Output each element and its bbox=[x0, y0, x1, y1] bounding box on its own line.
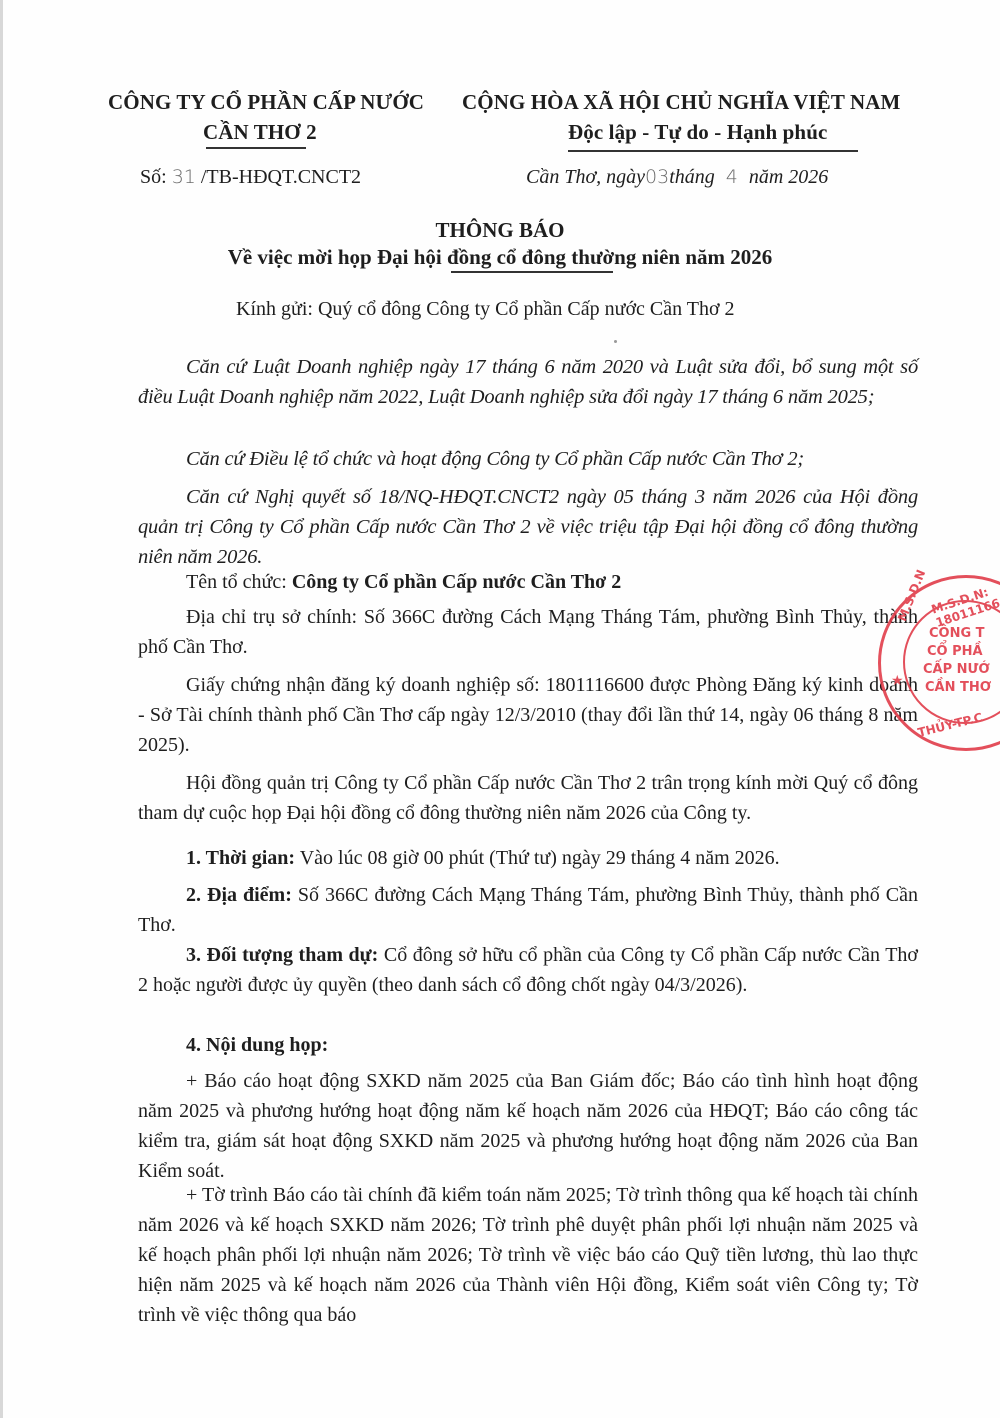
date-place: Cần Thơ, ngày bbox=[526, 166, 645, 188]
motto-underline bbox=[568, 150, 858, 152]
section-attendees: 3. Đối tượng tham dự: Cổ đông sở hữu cổ … bbox=[138, 940, 918, 1000]
national-motto-line2: Độc lập - Tự do - Hạnh phúc bbox=[568, 120, 827, 145]
star-icon: ★ bbox=[891, 673, 904, 689]
legal-basis-1: Căn cứ Luật Doanh nghiệp ngày 17 tháng 6… bbox=[138, 352, 918, 412]
date-month-handwritten: 4 bbox=[726, 166, 738, 188]
section-time-label: 1. Thời gian: bbox=[186, 847, 295, 869]
doc-number-handwritten: 31 bbox=[172, 166, 196, 188]
stamp-line2: CỔ PHẦ bbox=[927, 644, 983, 660]
stamp-line3: CẤP NƯỚ bbox=[923, 662, 990, 678]
org-name-value: Công ty Cổ phần Cấp nước Cần Thơ 2 bbox=[292, 571, 621, 593]
notice-subtitle: Về việc mời họp Đại hội đồng cổ đông thư… bbox=[0, 245, 1000, 270]
document-date: Cần Thơ, ngày03tháng 4 năm 2026 bbox=[526, 166, 828, 189]
national-motto-line1: CỘNG HÒA XÃ HỘI CHỦ NGHĨA VIỆT NAM bbox=[462, 90, 900, 115]
agenda-item-1: + Báo cáo hoạt động SXKD năm 2025 của Ba… bbox=[138, 1066, 918, 1186]
section-location: 2. Địa điểm: Số 366C đường Cách Mạng Thá… bbox=[138, 880, 918, 940]
legal-basis-3: Căn cứ Nghị quyết số 18/NQ-HĐQT.CNCT2 ng… bbox=[138, 482, 918, 572]
company-underline bbox=[206, 147, 306, 149]
stamp-line1: CÔNG T bbox=[929, 626, 985, 642]
invitation-paragraph: Hội đồng quản trị Công ty Cổ phần Cấp nư… bbox=[138, 768, 918, 828]
org-name-label: Tên tổ chức: bbox=[186, 571, 287, 593]
doc-number-suffix: /TB-HĐQT.CNCT2 bbox=[201, 166, 361, 188]
legal-basis-2: Căn cứ Điều lệ tổ chức và hoạt động Công… bbox=[138, 444, 918, 474]
agenda-item-2: + Tờ trình Báo cáo tài chính đã kiểm toá… bbox=[138, 1180, 918, 1330]
scan-edge bbox=[0, 0, 3, 1418]
organization-address: Địa chỉ trụ sở chính: Số 366C đường Cách… bbox=[138, 602, 918, 662]
company-name-line1: CÔNG TY CỔ PHẦN CẤP NƯỚC bbox=[108, 90, 424, 115]
scan-speck bbox=[614, 340, 617, 343]
company-name-line2: CẦN THƠ 2 bbox=[203, 120, 317, 145]
document-page: CÔNG TY CỔ PHẦN CẤP NƯỚC CẦN THƠ 2 CỘNG … bbox=[0, 0, 1000, 1418]
section-time: 1. Thời gian: Vào lúc 08 giờ 00 phút (Th… bbox=[138, 843, 918, 873]
organization-name: Tên tổ chức: Công ty Cổ phần Cấp nước Cầ… bbox=[138, 567, 918, 597]
section-agenda-label: 4. Nội dung họp: bbox=[186, 1034, 328, 1056]
date-year: năm 2026 bbox=[749, 166, 828, 188]
stamp-line4: CẦN THƠ bbox=[925, 680, 991, 696]
date-month-label: tháng bbox=[669, 166, 715, 188]
date-day-handwritten: 03 bbox=[645, 166, 669, 188]
section-attendees-label: 3. Đối tượng tham dự: bbox=[186, 944, 378, 966]
doc-number-prefix: Số: bbox=[140, 166, 167, 188]
subtitle-underline bbox=[451, 271, 613, 273]
organization-registration: Giấy chứng nhận đăng ký doanh nghiệp số:… bbox=[138, 670, 918, 760]
section-time-text: Vào lúc 08 giờ 00 phút (Thứ tư) ngày 29 … bbox=[295, 847, 780, 869]
section-agenda: 4. Nội dung họp: bbox=[138, 1030, 918, 1060]
addressee: Kính gửi: Quý cổ đông Công ty Cổ phần Cấ… bbox=[236, 298, 735, 321]
section-location-label: 2. Địa điểm: bbox=[186, 884, 292, 906]
document-number: Số: 31 /TB-HĐQT.CNCT2 bbox=[140, 166, 361, 189]
notice-title: THÔNG BÁO bbox=[0, 218, 1000, 243]
